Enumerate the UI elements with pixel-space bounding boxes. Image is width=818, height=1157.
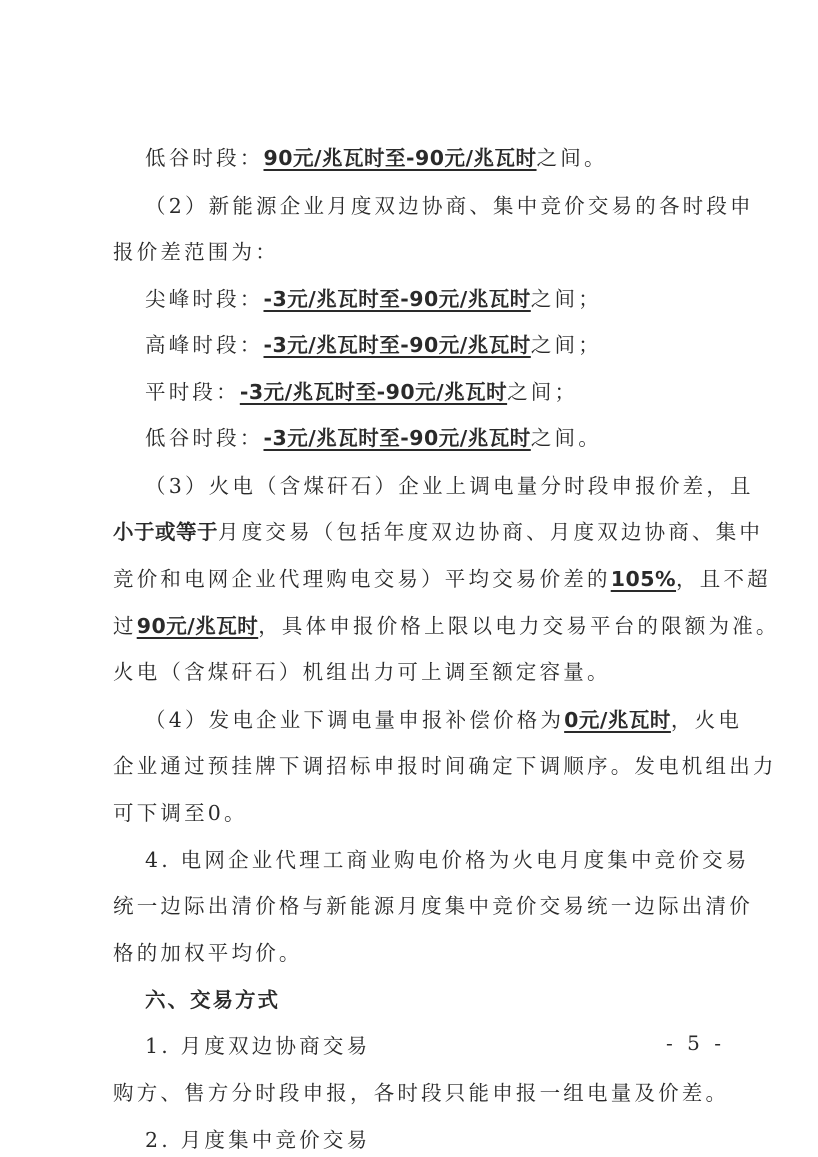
line-sharp-peak-range: 尖峰时段：-3元/兆瓦时至-90元/兆瓦时之间； bbox=[145, 285, 602, 313]
paragraph-3-line-3: 竞价和电网企业代理购电交易）平均交易价差的105%，且不超 bbox=[113, 565, 771, 593]
suffix-text: 之间； bbox=[531, 287, 602, 311]
paragraph-4-line-3: 可下调至0。 bbox=[113, 799, 248, 827]
paragraph-2-line-2: 报价差范围为： bbox=[113, 238, 279, 266]
line-flat-range: 平时段：-3元/兆瓦时至-90元/兆瓦时之间； bbox=[145, 378, 578, 406]
paragraph-3-line-1: （3）火电（含煤矸石）企业上调电量分时段申报价差，且 bbox=[145, 472, 754, 500]
suffix-text: 之间。 bbox=[531, 426, 602, 450]
document-page: 低谷时段：90元/兆瓦时至-90元/兆瓦时之间。 （2）新能源企业月度双边协商、… bbox=[0, 0, 818, 1157]
page-number: - 5 - bbox=[666, 1031, 725, 1055]
body-text: 月度交易（包括年度双边协商、月度双边协商、集中 bbox=[218, 520, 763, 544]
price-cap: 90元/兆瓦时 bbox=[137, 614, 259, 638]
suffix-text: 之间； bbox=[507, 380, 578, 404]
paragraph-4-line-1: （4）发电企业下调电量申报补偿价格为0元/兆瓦时，火电 bbox=[145, 706, 742, 734]
paragraph-2-line-1: （2）新能源企业月度双边协商、集中竞价交易的各时段申 bbox=[145, 192, 754, 220]
price-range: -3元/兆瓦时至-90元/兆瓦时 bbox=[240, 380, 507, 404]
line-valley-period-range: 低谷时段：90元/兆瓦时至-90元/兆瓦时之间。 bbox=[145, 144, 608, 172]
percentage-value: 105% bbox=[611, 567, 676, 591]
paragraph-3-line-4: 过90元/兆瓦时，具体申报价格上限以电力交易平台的限额为准。 bbox=[113, 612, 780, 640]
emphasis-text: 小于或等于 bbox=[113, 520, 218, 544]
suffix-text: 之间； bbox=[531, 333, 602, 357]
paragraph-4-line-2: 企业通过预挂牌下调招标申报时间确定下调顺序。发电机组出力 bbox=[113, 752, 777, 780]
label-text: 低谷时段： bbox=[145, 146, 264, 170]
label-text: 低谷时段： bbox=[145, 426, 264, 450]
body-text: ，且不超 bbox=[676, 567, 771, 591]
body-text: ，火电 bbox=[671, 708, 742, 732]
price-range: -3元/兆瓦时至-90元/兆瓦时 bbox=[264, 287, 531, 311]
paragraph-3-line-5: 火电（含煤矸石）机组出力可上调至额定容量。 bbox=[113, 658, 611, 686]
suffix-text: 之间。 bbox=[537, 146, 608, 170]
label-text: 尖峰时段： bbox=[145, 287, 264, 311]
subsection-centralized-bidding: 2. 月度集中竞价交易 bbox=[145, 1126, 370, 1154]
price-range: 90元/兆瓦时至-90元/兆瓦时 bbox=[264, 146, 537, 170]
body-text: （4）发电企业下调电量申报补偿价格为 bbox=[145, 708, 564, 732]
price-range: -3元/兆瓦时至-90元/兆瓦时 bbox=[264, 333, 531, 357]
label-text: 平时段： bbox=[145, 380, 240, 404]
item-4-line-3: 格的加权平均价。 bbox=[113, 939, 303, 967]
paragraph-3-line-2: 小于或等于月度交易（包括年度双边协商、月度双边协商、集中 bbox=[113, 518, 763, 546]
label-text: 高峰时段： bbox=[145, 333, 264, 357]
body-text: 竞价和电网企业代理购电交易）平均交易价差的 bbox=[113, 567, 611, 591]
compensation-price: 0元/兆瓦时 bbox=[564, 708, 671, 732]
section-heading-trading-method: 六、交易方式 bbox=[145, 986, 280, 1014]
subsection-bilateral-negotiation: 1. 月度双边协商交易 bbox=[145, 1032, 370, 1060]
body-text: 过 bbox=[113, 614, 137, 638]
item-4-line-2: 统一边际出清价格与新能源月度集中竞价交易统一边际出清价 bbox=[113, 892, 753, 920]
line-peak-range: 高峰时段：-3元/兆瓦时至-90元/兆瓦时之间； bbox=[145, 331, 602, 359]
item-4-line-1: 4. 电网企业代理工商业购电价格为火电月度集中竞价交易 bbox=[145, 846, 749, 874]
line-valley-range: 低谷时段：-3元/兆瓦时至-90元/兆瓦时之间。 bbox=[145, 424, 602, 452]
bilateral-negotiation-text: 购方、售方分时段申报，各时段只能申报一组电量及价差。 bbox=[113, 1079, 729, 1107]
body-text: ，具体申报价格上限以电力交易平台的限额为准。 bbox=[258, 614, 779, 638]
price-range: -3元/兆瓦时至-90元/兆瓦时 bbox=[264, 426, 531, 450]
